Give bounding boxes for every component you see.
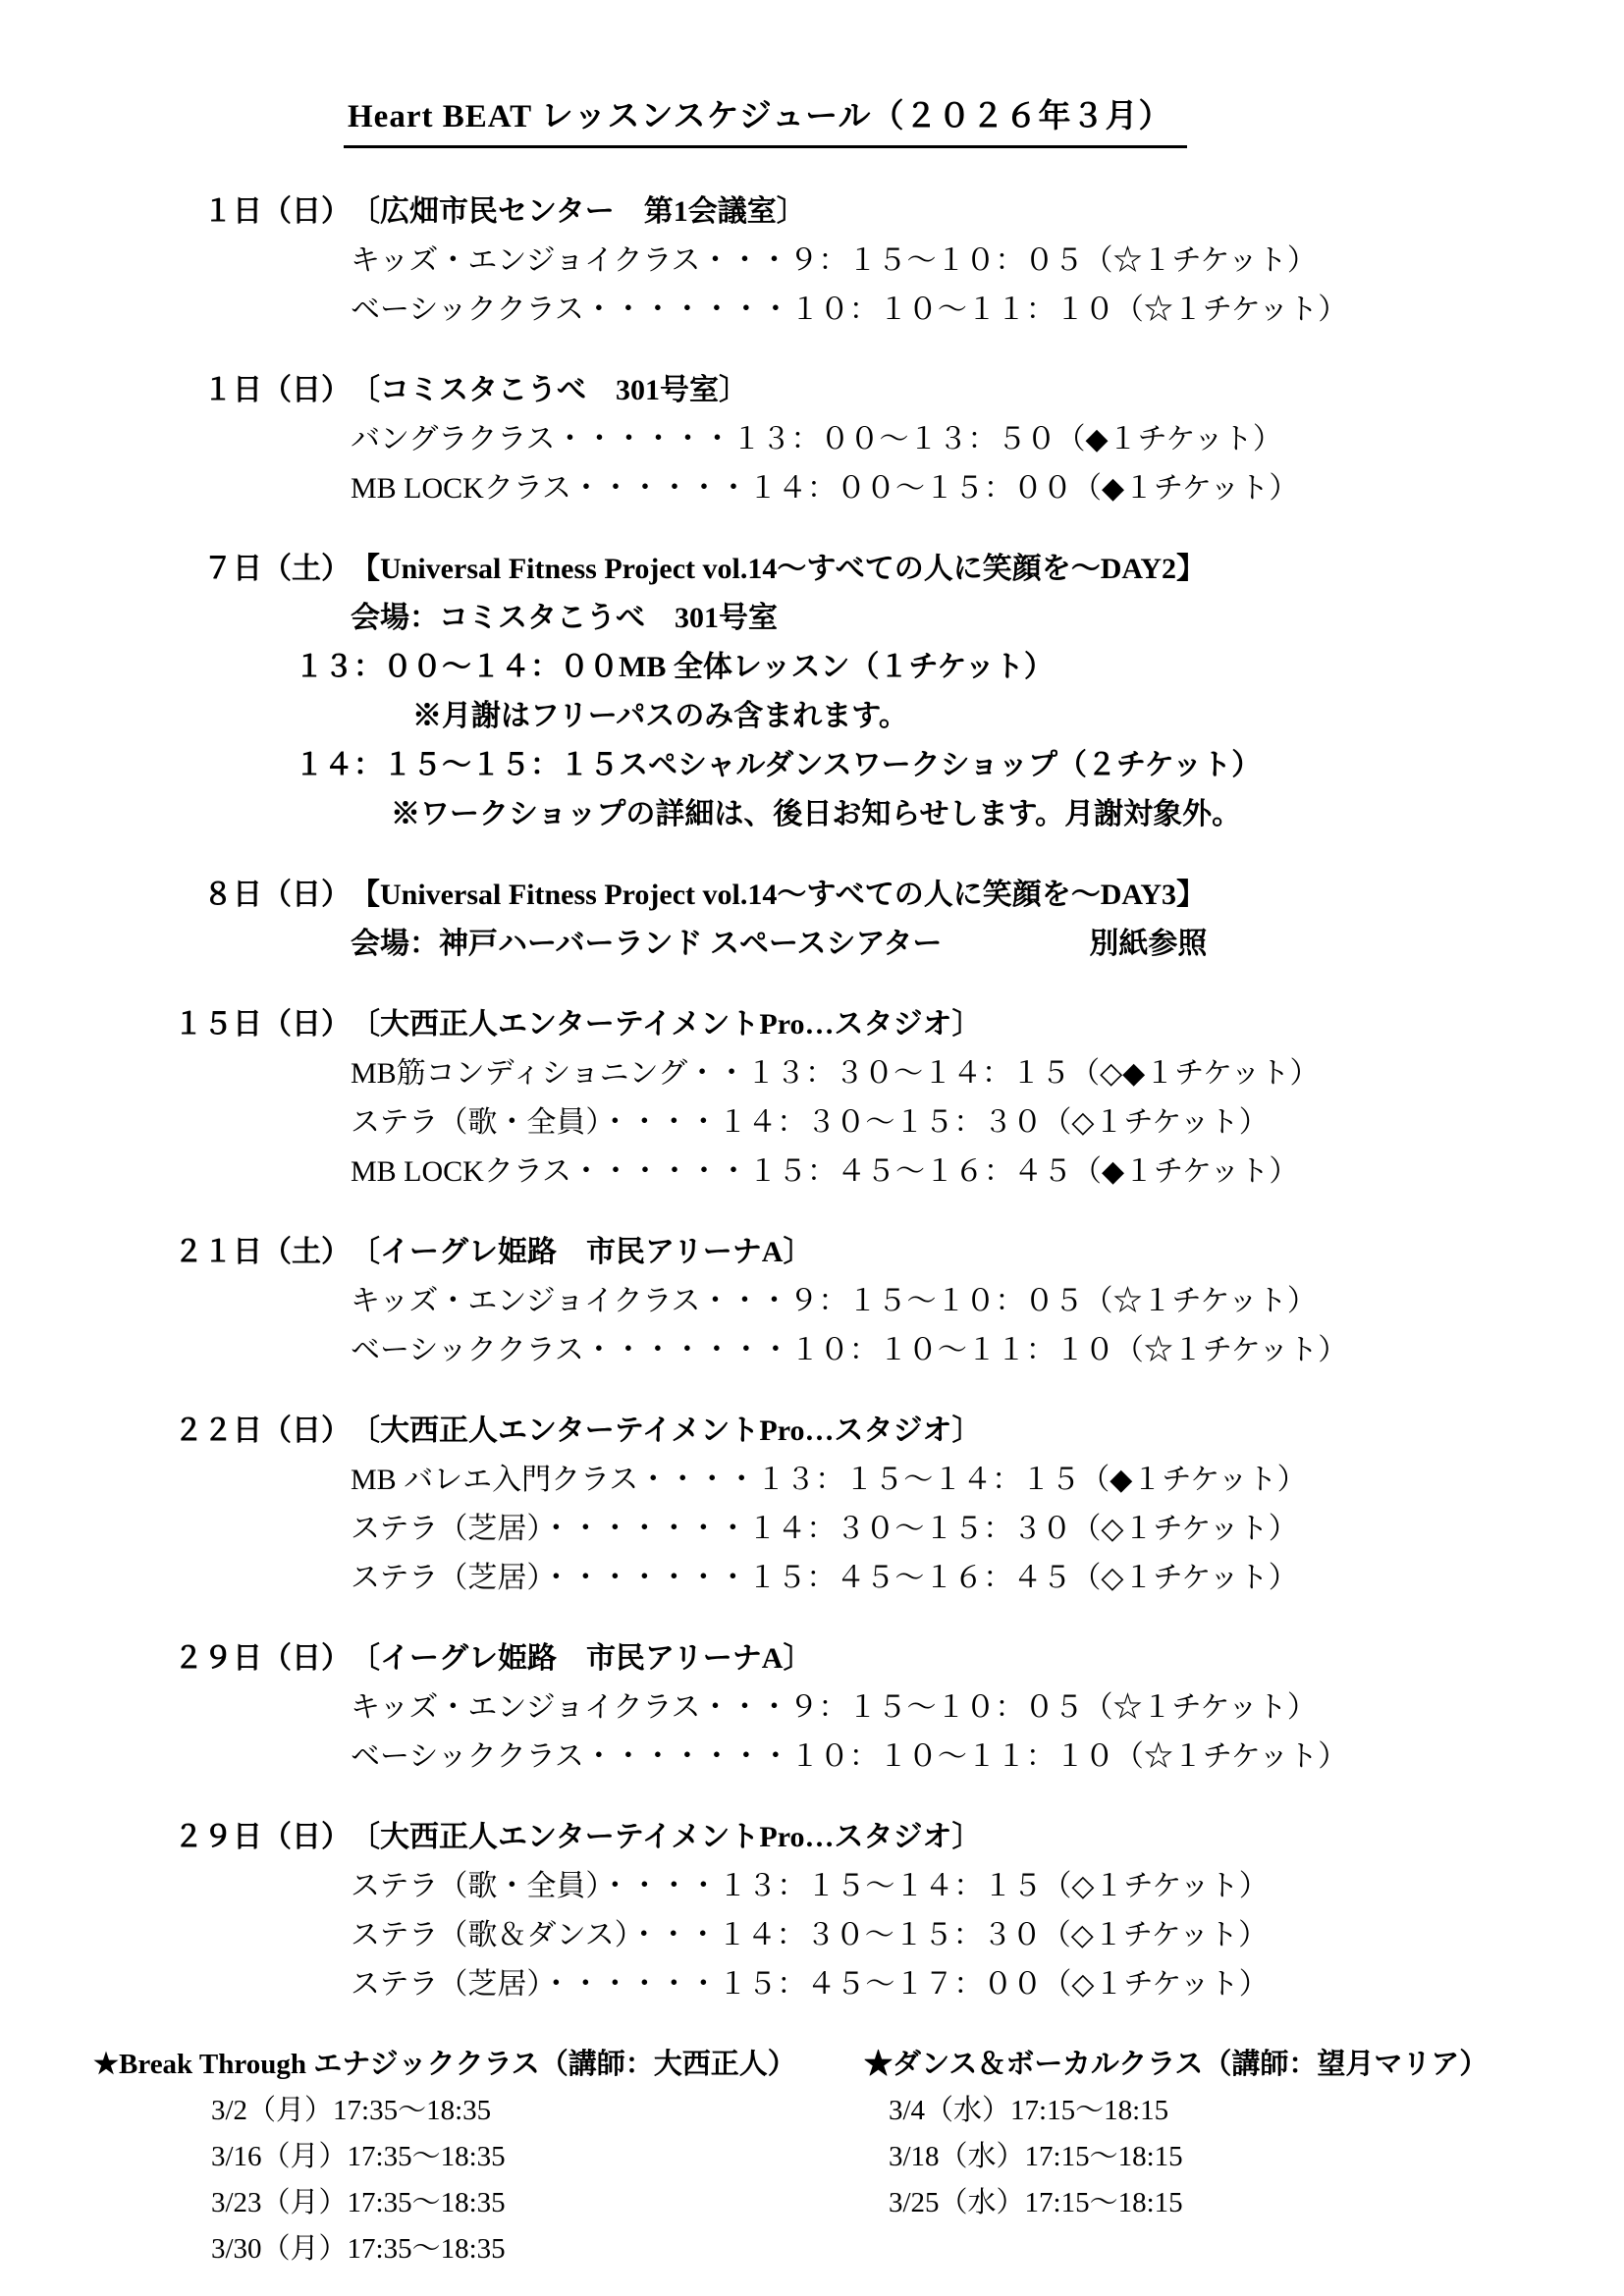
- class-line: ステラ（芝居）・・・・・・・１４：３０～１５：３０（◇１チケット）: [351, 1505, 1624, 1554]
- class-line: １３：００～１４：００MB 全体レッスン（１チケット）: [295, 643, 1624, 692]
- title-row: Heart BEAT レッスンスケジュール（２０２６年３月）: [0, 0, 1624, 148]
- section-mar29-onishi-studio: ２９日（日）〔大西正人エンターテイメントPro…スタジオ〕 ステラ（歌・全員）・…: [0, 1813, 1624, 2009]
- section-mar1-komisuta: １日（日）〔コミスタこうべ 301号室〕 バングラクラス・・・・・・１３：００～…: [0, 366, 1624, 513]
- date-row: 3/25（水）17:15～18:15: [889, 2180, 1183, 2226]
- schedule-sections: １日（日）〔広畑市民センター 第1会議室〕 キッズ・エンジョイクラス・・・９：１…: [0, 187, 1624, 2009]
- class-line: ベーシッククラス・・・・・・・１０：１０～１１：１０（☆１チケット）: [351, 286, 1624, 335]
- note-line: ※ワークショップの詳細は、後日お知らせします。月謝対象外。: [391, 790, 1624, 839]
- section-header: ２２日（日）〔大西正人エンターテイメントPro…スタジオ〕: [118, 1407, 1624, 1456]
- class-line: キッズ・エンジョイクラス・・・９：１５～１０：０５（☆１チケット）: [351, 1683, 1624, 1733]
- date-row: 3/4（水）17:15～18:15: [889, 2088, 1183, 2134]
- section-mar22-onishi-studio: ２２日（日）〔大西正人エンターテイメントPro…スタジオ〕 MB バレエ入門クラ…: [0, 1407, 1624, 1603]
- section-day: １５日（日）: [118, 1000, 351, 1049]
- venue-line: 会場：コミスタこうべ 301号室: [351, 594, 1624, 643]
- page-title: Heart BEAT レッスンスケジュール（２０２６年３月）: [344, 90, 1187, 148]
- class-line: キッズ・エンジョイクラス・・・９：１５～１０：０５（☆１チケット）: [351, 1277, 1624, 1326]
- class-line: ステラ（歌・全員）・・・・１４：３０～１５：３０（◇１チケット）: [351, 1098, 1624, 1148]
- class-line: ステラ（芝居）・・・・・・・１５：４５～１６：４５（◇１チケット）: [351, 1554, 1624, 1603]
- weekly-classes-footer: ★Break Through エナジッククラス（講師：大西正人） ★ダンス＆ボー…: [93, 2041, 1624, 2272]
- date-row: 3/23（月）17:35～18:35: [211, 2180, 864, 2226]
- schedule-document: Heart BEAT レッスンスケジュール（２０２６年３月） １日（日）〔広畑市…: [0, 0, 1624, 2296]
- date-row: 3/16（月）17:35～18:35: [211, 2134, 864, 2180]
- section-mar29-egret-himeji: ２９日（日）〔イーグレ姫路 市民アリーナA〕 キッズ・エンジョイクラス・・・９：…: [0, 1634, 1624, 1782]
- class-line: MB LOCKクラス・・・・・・１５：４５～１６：４５（◆１チケット）: [351, 1148, 1624, 1197]
- section-day: ２２日（日）: [118, 1407, 351, 1456]
- class-line: ベーシッククラス・・・・・・・１０：１０～１１：１０（☆１チケット）: [351, 1733, 1624, 1782]
- dance-vocal-dates: 3/4（水）17:15～18:15 3/18（水）17:15～18:15 3/2…: [864, 2088, 1183, 2272]
- section-venue: 【Universal Fitness Project vol.14～すべての人に…: [351, 545, 1206, 594]
- section-day: １日（日）: [118, 366, 351, 415]
- class-line: ステラ（歌＆ダンス）・・・１４：３０～１５：３０（◇１チケット）: [351, 1911, 1624, 1960]
- date-row: 3/18（水）17:15～18:15: [889, 2134, 1183, 2180]
- section-venue: 〔大西正人エンターテイメントPro…スタジオ〕: [351, 1407, 982, 1456]
- venue-line: 会場：神戸ハーバーランド スペースシアター 別紙参照: [351, 920, 1624, 969]
- date-row: 3/2（月）17:35～18:35: [211, 2088, 864, 2134]
- section-header: １日（日）〔広畑市民センター 第1会議室〕: [118, 187, 1624, 237]
- class-line: ステラ（芝居）・・・・・・１５：４５～１７：００（◇１チケット）: [351, 1960, 1624, 2009]
- section-header: １日（日）〔コミスタこうべ 301号室〕: [118, 366, 1624, 415]
- section-day: １日（日）: [118, 187, 351, 237]
- class-line: バングラクラス・・・・・・１３：００～１３：５０（◆１チケット）: [351, 415, 1624, 464]
- section-venue: 〔大西正人エンターテイメントPro…スタジオ〕: [351, 1000, 982, 1049]
- section-mar1-hirohata: １日（日）〔広畑市民センター 第1会議室〕 キッズ・エンジョイクラス・・・９：１…: [0, 187, 1624, 335]
- date-row: 3/30（月）17:35～18:35: [211, 2226, 864, 2272]
- class-line: MB バレエ入門クラス・・・・１３：１５～１４：１５（◆１チケット）: [351, 1456, 1624, 1505]
- footer-columns: 3/2（月）17:35～18:35 3/16（月）17:35～18:35 3/2…: [93, 2088, 1624, 2272]
- break-through-class-header: ★Break Through エナジッククラス（講師：大西正人）: [93, 2041, 864, 2088]
- class-line: ベーシッククラス・・・・・・・１０：１０～１１：１０（☆１チケット）: [351, 1326, 1624, 1375]
- section-day: ７日（土）: [118, 545, 351, 594]
- class-line: MB LOCKクラス・・・・・・１４：００～１５：００（◆１チケット）: [351, 464, 1624, 513]
- section-mar7-ufp-day2: ７日（土）【Universal Fitness Project vol.14～す…: [0, 545, 1624, 839]
- section-mar15-onishi-studio: １５日（日）〔大西正人エンターテイメントPro…スタジオ〕 MB筋コンディショニ…: [0, 1000, 1624, 1197]
- section-mar21-egret-himeji: ２１日（土）〔イーグレ姫路 市民アリーナA〕 キッズ・エンジョイクラス・・・９：…: [0, 1228, 1624, 1375]
- section-day: ８日（日）: [118, 871, 351, 920]
- section-day: ２９日（日）: [118, 1634, 351, 1683]
- section-header: １５日（日）〔大西正人エンターテイメントPro…スタジオ〕: [118, 1000, 1624, 1049]
- section-day: ２１日（土）: [118, 1228, 351, 1277]
- section-header: ７日（土）【Universal Fitness Project vol.14～す…: [118, 545, 1624, 594]
- footer-headers: ★Break Through エナジッククラス（講師：大西正人） ★ダンス＆ボー…: [93, 2041, 1624, 2088]
- break-through-dates: 3/2（月）17:35～18:35 3/16（月）17:35～18:35 3/2…: [93, 2088, 864, 2272]
- section-header: ２１日（土）〔イーグレ姫路 市民アリーナA〕: [118, 1228, 1624, 1277]
- section-venue: 〔コミスタこうべ 301号室〕: [351, 366, 748, 415]
- note-line: ※月謝はフリーパスのみ含まれます。: [412, 692, 1624, 741]
- class-line: ステラ（歌・全員）・・・・１３：１５～１４：１５（◇１チケット）: [351, 1862, 1624, 1911]
- class-line: キッズ・エンジョイクラス・・・９：１５～１０：０５（☆１チケット）: [351, 237, 1624, 286]
- section-venue: 【Universal Fitness Project vol.14～すべての人に…: [351, 871, 1206, 920]
- section-venue: 〔大西正人エンターテイメントPro…スタジオ〕: [351, 1813, 982, 1862]
- class-line: １４：１５～１５：１５スペシャルダンスワークショップ（２チケット）: [295, 741, 1624, 790]
- section-venue: 〔イーグレ姫路 市民アリーナA〕: [351, 1228, 812, 1277]
- section-header: ２９日（日）〔大西正人エンターテイメントPro…スタジオ〕: [118, 1813, 1624, 1862]
- class-line: MB筋コンディショニング・・１３：３０～１４：１５（◇◆１チケット）: [351, 1049, 1624, 1098]
- section-day: ２９日（日）: [118, 1813, 351, 1862]
- dance-vocal-class-header: ★ダンス＆ボーカルクラス（講師：望月マリア）: [864, 2041, 1488, 2088]
- section-mar8-ufp-day3: ８日（日）【Universal Fitness Project vol.14～す…: [0, 871, 1624, 969]
- section-header: ８日（日）【Universal Fitness Project vol.14～す…: [118, 871, 1624, 920]
- section-header: ２９日（日）〔イーグレ姫路 市民アリーナA〕: [118, 1634, 1624, 1683]
- section-venue: 〔イーグレ姫路 市民アリーナA〕: [351, 1634, 812, 1683]
- section-venue: 〔広畑市民センター 第1会議室〕: [351, 187, 806, 237]
